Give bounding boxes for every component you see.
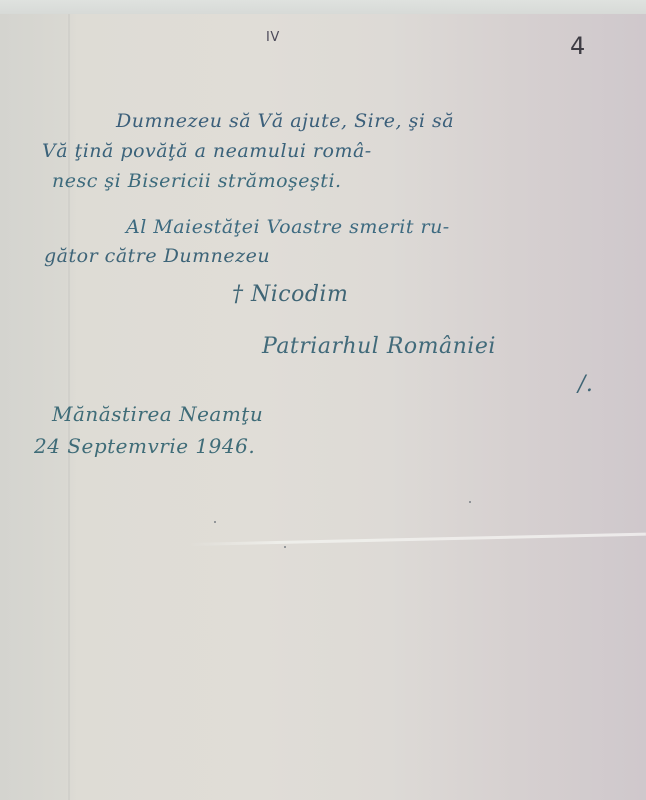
signature-name: † Nicodim — [232, 282, 348, 307]
dateline-date: 24 Septemvrie 1946. — [34, 434, 255, 458]
letter-line: Vă ţină povăţă a neamului româ- — [42, 140, 372, 162]
signature-title: Patriarhul României — [262, 334, 496, 359]
document-page: IV 4 Dumnezeu să Vă ajute, Sire, şi să V… — [0, 0, 646, 800]
signature-mark: /. — [578, 372, 593, 397]
letter-line: gător către Dumnezeu — [44, 245, 270, 267]
letter-line: Al Maiestăţei Voastre smerit ru- — [126, 216, 450, 238]
letter-line: Dumnezeu să Vă ajute, Sire, şi să — [116, 110, 454, 132]
paper-speck — [214, 521, 216, 523]
page-number: 4 — [570, 32, 586, 60]
dateline-place: Mănăstirea Neamţu — [52, 402, 263, 426]
paper-speck — [469, 501, 471, 503]
folio-mark: IV — [266, 30, 280, 45]
paper-speck — [284, 546, 286, 548]
scan-top-edge — [0, 0, 646, 15]
letter-line: nesc şi Bisericii strămoşeşti. — [52, 170, 342, 192]
